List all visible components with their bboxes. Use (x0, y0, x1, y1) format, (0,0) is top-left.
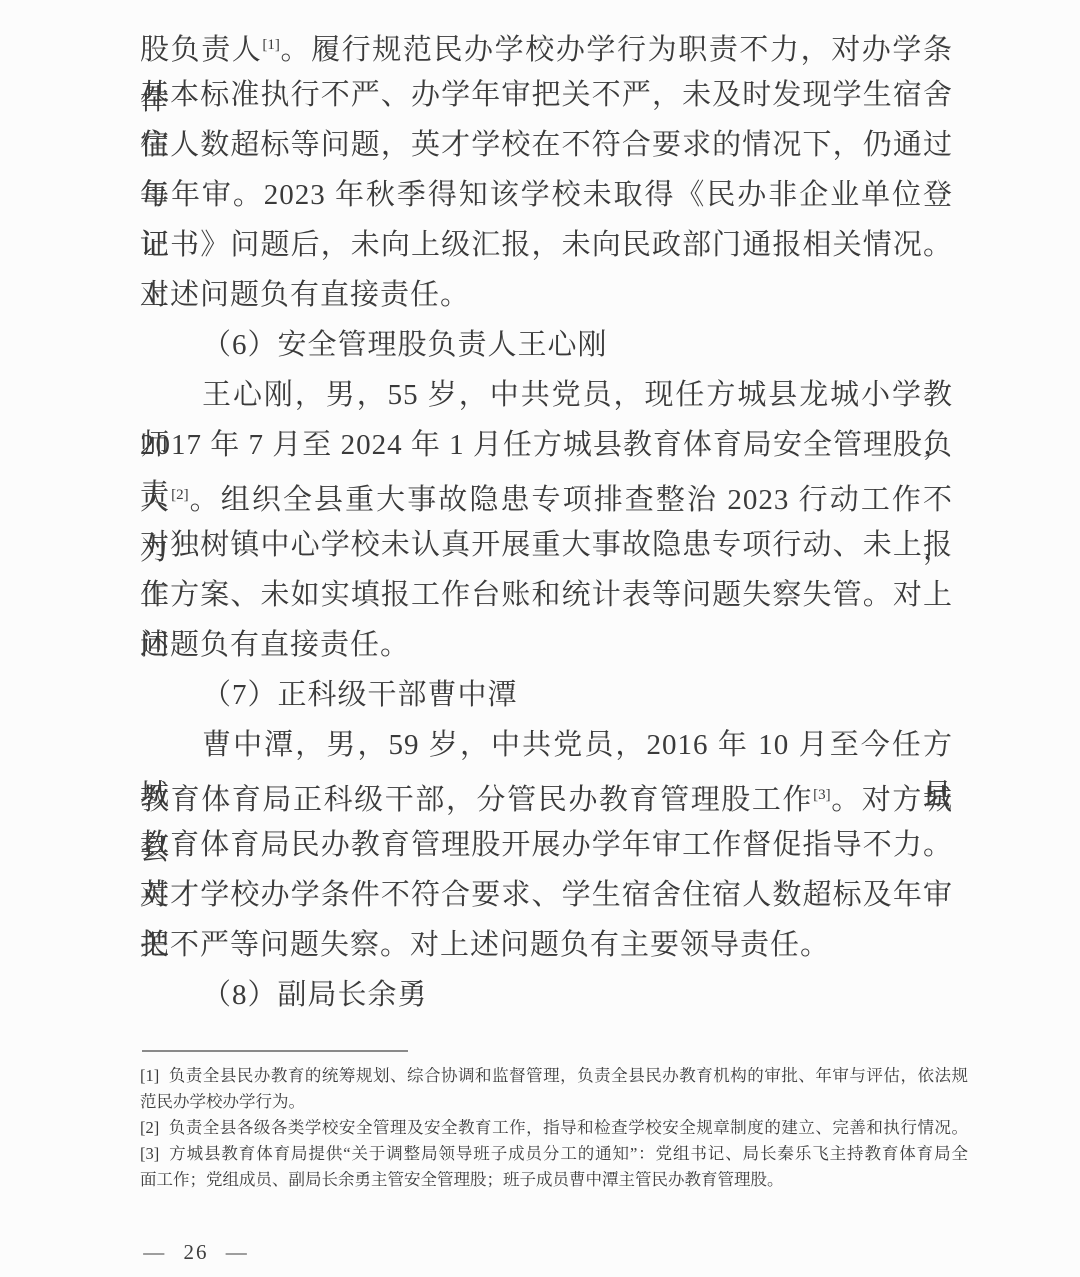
footnote-line: [2]负责全县各级各类学校安全管理及安全教育工作，指导和检查学校安全规章制度的建… (140, 1115, 968, 1141)
footnote-text: 范民办学校办学行为。 (140, 1092, 305, 1111)
section-heading: （6）安全管理股负责人王心刚 (140, 320, 953, 370)
body-line: 年年审。2023 年秋季得知该学校未取得《民办非企业单位登记 (140, 170, 953, 220)
text-run: 教育体育局正科级干部，分管民办教育管理股工作 (140, 784, 813, 816)
body-line: 基本标准执行不严、办学年审把关不严，未及时发现学生宿舍住 (140, 70, 953, 120)
footnote-marker: [1] (140, 1066, 159, 1085)
body-line: 宿人数超标等问题，英才学校在不符合要求的情况下，仍通过每 (140, 120, 953, 170)
body-line: 证书》问题后，未向上级汇报，未向民政部门通报相关情况。对 (140, 220, 953, 270)
section-heading: （7）正科级干部曹中潭 (140, 670, 953, 720)
text-run: （7）正科级干部曹中潭 (202, 679, 518, 711)
footnote-marker: [3] (140, 1144, 159, 1163)
text-run: （8）副局长余勇 (202, 979, 428, 1011)
body-line: 王心刚，男，55 岁，中共党员，现任方城县龙城小学教师， (140, 370, 953, 420)
text-run: 人 (140, 484, 171, 516)
section-heading: （8）副局长余勇 (140, 970, 953, 1020)
footnotes: [1]负责全县民办教育的统筹规划、综合协调和监督管理，负责全县民办教育机构的审批… (140, 1063, 968, 1193)
footnote-text: 负责全县各级各类学校安全管理及安全教育工作，指导和检查学校安全规章制度的建立、完… (168, 1118, 968, 1137)
footnote-text: 面工作；党组成员、副局长余勇主管安全管理股；班子成员曹中潭主管民办教育管理股。 (140, 1170, 784, 1189)
body-line: 教育体育局民办教育管理股开展办学年审工作督促指导不力。对 (140, 820, 953, 870)
footnote-line: 面工作；党组成员、副局长余勇主管安全管理股；班子成员曹中潭主管民办教育管理股。 (140, 1167, 968, 1193)
footnote-line: 范民办学校办学行为。 (140, 1089, 968, 1115)
body-line: 对独树镇中心学校未认真开展重大事故隐患专项行动、未上报工 (140, 520, 953, 570)
body-line: 人[2]。组织全县重大事故隐患专项排查整治 2023 行动工作不力， (140, 470, 953, 520)
body-line: 英才学校办学条件不符合要求、学生宿舍住宿人数超标及年审把 (140, 870, 953, 920)
body-line: 问题负有直接责任。 (140, 620, 953, 670)
footnote-line: [3]方城县教育体育局提供“关于调整局领导班子成员分工的通知”：党组书记、局长秦… (140, 1141, 968, 1167)
document-page: 股负责人[1]。履行规范民办学校办学行为职责不力，对办学条件基本标准执行不严、办… (0, 0, 1080, 1277)
body-line: 教育体育局正科级干部，分管民办教育管理股工作[3]。对方城县 (140, 770, 953, 820)
body-line: 股负责人[1]。履行规范民办学校办学行为职责不力，对办学条件 (140, 20, 953, 70)
body-text: 股负责人[1]。履行规范民办学校办学行为职责不力，对办学条件基本标准执行不严、办… (140, 20, 953, 1020)
footnote-line: [1]负责全县民办教育的统筹规划、综合协调和监督管理，负责全县民办教育机构的审批… (140, 1063, 968, 1089)
page-number: — 26 — (140, 1240, 252, 1265)
text-run: （6）安全管理股负责人王心刚 (202, 329, 608, 361)
footnote-separator (142, 1050, 408, 1052)
text-run: 关不严等问题失察。对上述问题负有主要领导责任。 (140, 929, 830, 961)
footnote-reference: [1] (262, 37, 280, 53)
body-line: 2017 年 7 月至 2024 年 1 月任方城县教育体育局安全管理股负责 (140, 420, 953, 470)
text-run: 上述问题负有直接责任。 (140, 279, 470, 311)
footnote-reference: [2] (171, 487, 189, 503)
text-run: 股负责人 (140, 34, 262, 66)
footnote-text: 负责全县民办教育的统筹规划、综合协调和监督管理，负责全县民办教育机构的审批、年审… (168, 1066, 968, 1085)
body-line: 关不严等问题失察。对上述问题负有主要领导责任。 (140, 920, 953, 970)
footnote-text: 方城县教育体育局提供“关于调整局领导班子成员分工的通知”：党组书记、局长秦乐飞主… (168, 1144, 968, 1163)
text-run: 问题负有直接责任。 (140, 629, 410, 661)
footnote-reference: [3] (813, 787, 831, 803)
body-line: 上述问题负有直接责任。 (140, 270, 953, 320)
body-line: 作方案、未如实填报工作台账和统计表等问题失察失管。对上述 (140, 570, 953, 620)
body-line: 曹中潭，男，59 岁，中共党员，2016 年 10 月至今任方城县 (140, 720, 953, 770)
footnote-marker: [2] (140, 1118, 159, 1137)
